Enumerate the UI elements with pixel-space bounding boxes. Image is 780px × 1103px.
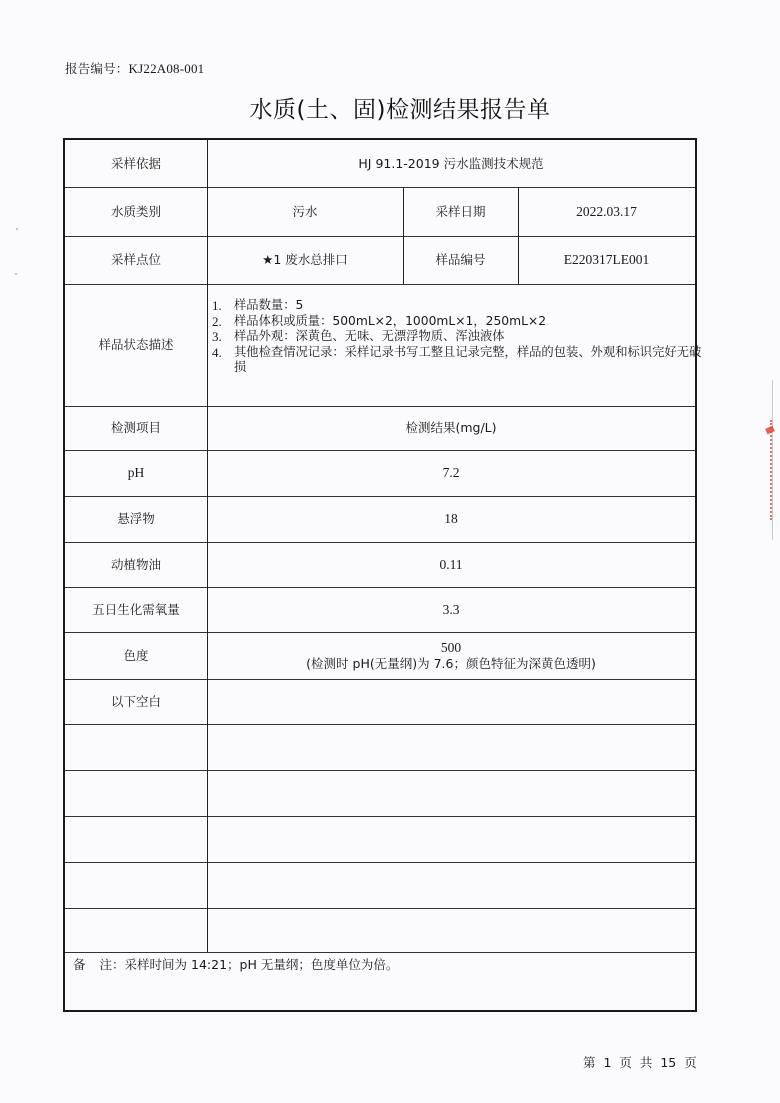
result-item-bod5: 五日生化需氧量	[65, 587, 207, 632]
sampling-point-label: 采样点位	[65, 236, 207, 284]
sample-state-label: 样品状态描述	[65, 284, 207, 406]
report-table: 采样依据 HJ 91.1-2019 污水监测技术规范 水质类别 污水 采样日期 …	[63, 138, 697, 1012]
row-divider	[65, 862, 695, 863]
row-divider	[65, 770, 695, 771]
result-item-ph: pH	[65, 450, 207, 496]
list-item: 1.样品数量：5	[212, 298, 702, 314]
result-value-ph: 7.2	[207, 450, 695, 496]
result-item-chroma: 色度	[65, 632, 207, 679]
row-divider	[65, 816, 695, 817]
column-header-result: 检测结果(mg/L)	[207, 406, 695, 450]
remark-label-1: 备	[73, 957, 86, 972]
sampling-date-value: 2022.03.17	[518, 187, 695, 236]
sampling-basis-value: HJ 91.1-2019 污水监测技术规范	[207, 140, 695, 187]
row-divider	[65, 952, 695, 953]
scan-speck	[16, 228, 18, 230]
list-item: 2.样品体积或质量：500mL×2，1000mL×1，250mL×2	[212, 314, 702, 330]
row-divider	[65, 724, 695, 725]
seal-fragment	[770, 420, 778, 520]
list-item: 4.其他检查情况记录：采样记录书写工整且记录完整，样品的包装、外观和标识完好无破…	[212, 345, 702, 376]
page-number: 第 1 页 共 15 页	[583, 1053, 697, 1071]
result-value-animal-vegetable-oil: 0.11	[207, 542, 695, 587]
chroma-note: (检测时 pH(无量纲)为 7.6；颜色特征为深黄色透明)	[306, 656, 596, 672]
remark-label-2: 注：	[100, 957, 125, 972]
remark-text: 采样时间为 14:21；pH 无量纲；色度单位为倍。	[125, 957, 399, 972]
sample-number-value: E220317LE001	[518, 236, 695, 284]
result-value-chroma: 500 (检测时 pH(无量纲)为 7.6；颜色特征为深黄色透明)	[207, 632, 695, 679]
chroma-value: 500	[441, 640, 461, 656]
report-number-label: 报告编号：	[65, 61, 129, 76]
remark: 备注：采样时间为 14:21；pH 无量纲；色度单位为倍。	[73, 955, 398, 973]
column-header-item: 检测项目	[65, 406, 207, 450]
document-title: 水质(土、固)检测结果报告单	[0, 91, 780, 124]
report-number: 报告编号：KJ22A08-001	[65, 59, 204, 77]
water-type-label: 水质类别	[65, 187, 207, 236]
sampling-basis-label: 采样依据	[65, 140, 207, 187]
sampling-date-label: 采样日期	[403, 187, 518, 236]
result-value-bod5: 3.3	[207, 587, 695, 632]
result-item-animal-vegetable-oil: 动植物油	[65, 542, 207, 587]
sample-state-list: 1.样品数量：5 2.样品体积或质量：500mL×2，1000mL×1，250m…	[212, 298, 702, 376]
sampling-point-value: ★1 废水总排口	[207, 236, 403, 284]
result-item-suspended-solids: 悬浮物	[65, 496, 207, 542]
sample-number-label: 样品编号	[403, 236, 518, 284]
result-value-suspended-solids: 18	[207, 496, 695, 542]
water-type-value: 污水	[207, 187, 403, 236]
list-item: 3.样品外观：深黄色、无味、无漂浮物质、浑浊液体	[212, 329, 702, 345]
report-number-value: KJ22A08-001	[129, 61, 205, 76]
blank-below-label: 以下空白	[65, 679, 207, 724]
row-divider	[65, 908, 695, 909]
scan-speck	[15, 273, 17, 275]
